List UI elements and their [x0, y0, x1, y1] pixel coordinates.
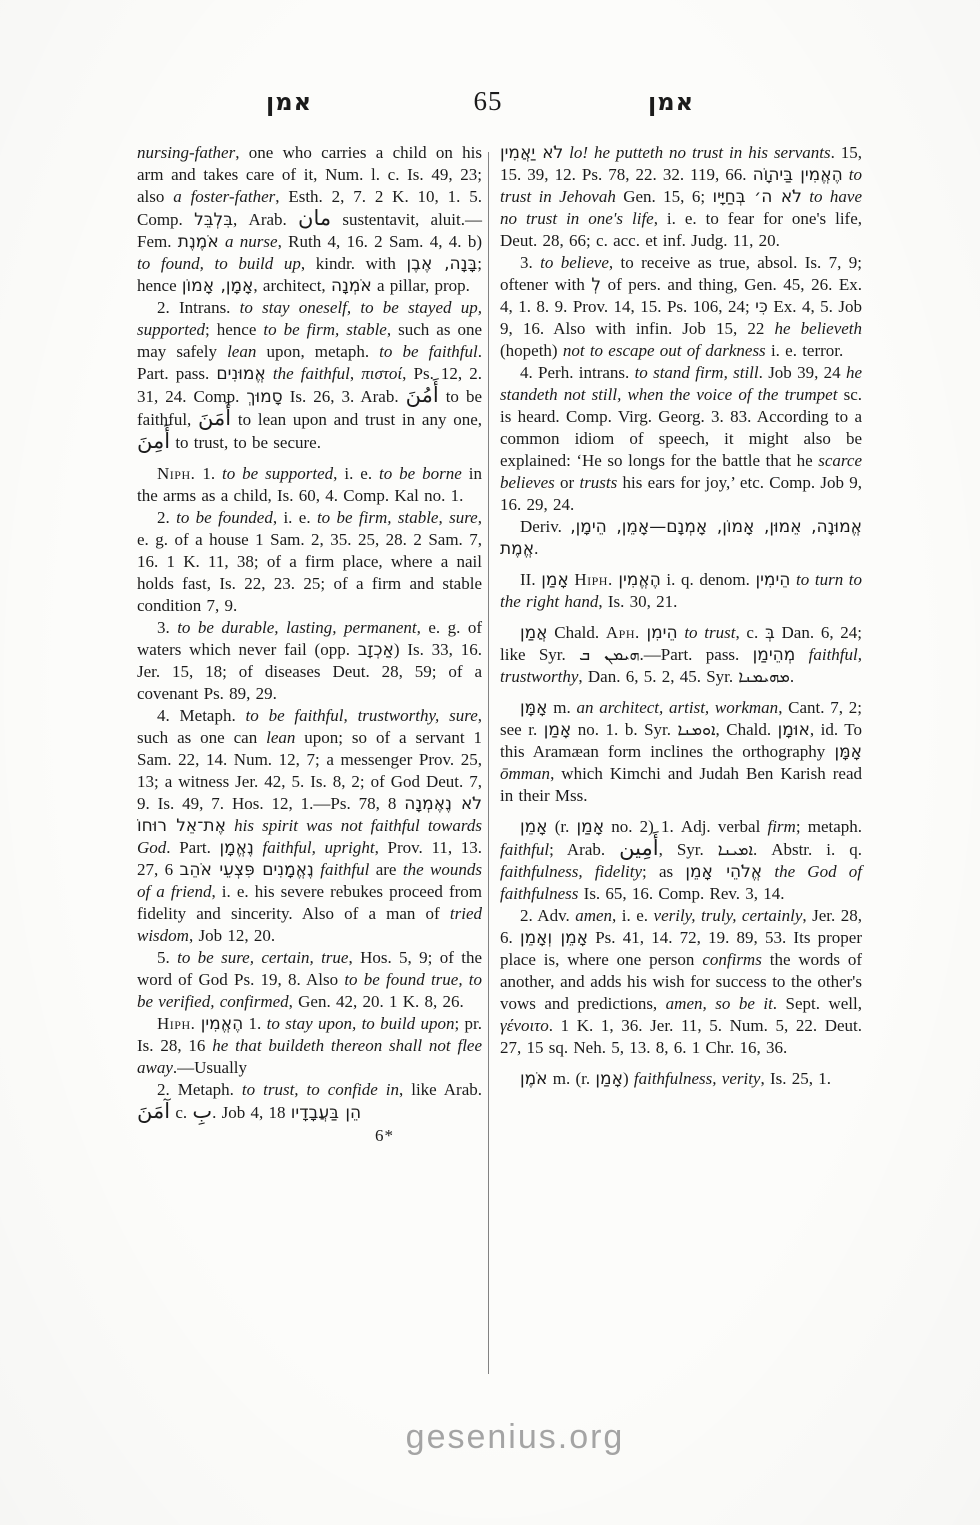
text-run: Gen. 15, 6;: [616, 187, 713, 206]
text-run: , Ruth 4, 16. 2 Sam. 4, 4. b): [278, 232, 482, 251]
arabic-text: أَمَنَ: [198, 406, 231, 430]
text-run: , Arab.: [233, 210, 298, 229]
text-run: 4. Perh. intrans.: [520, 363, 635, 382]
hebrew-text: הֶאֱמִין: [618, 570, 660, 590]
italic-gloss: to trust: [684, 623, 735, 642]
hebrew-text: אָמַן: [595, 1069, 623, 1089]
text-run: , architect,: [253, 276, 331, 295]
paragraph: Hiph. הֶאֱמִין 1. to stay upon, to build…: [137, 1013, 482, 1079]
hebrew-text: הֶאֱמִין: [201, 1014, 243, 1034]
italic-gloss: a foster-father: [173, 187, 275, 206]
paragraph: 4. Metaph. to be faithful, trustworthy, …: [137, 705, 482, 947]
text-run: ): [623, 1069, 634, 1088]
text-run: .: [534, 539, 538, 558]
text-run: , like Arab.: [399, 1080, 482, 1099]
hebrew-text: בָּנָה, אֶבֶן: [407, 254, 478, 274]
text-run: no. 2) 1. Adj. verbal: [604, 817, 767, 836]
paragraph: 4. Perh. intrans. to stand firm, still. …: [500, 362, 862, 516]
italic-gloss: amen: [575, 906, 612, 925]
paragraph: 3. to be durable, lasting, permanent, e.…: [137, 617, 482, 705]
italic-gloss: to be borne: [379, 464, 462, 483]
italic-gloss: faithful, upright: [263, 838, 375, 857]
hebrew-text: לֹא יַאֲמִין: [500, 143, 563, 163]
hebrew-text: אֱמוּנִים: [216, 364, 265, 384]
text-run: 2.: [157, 508, 176, 527]
text-run: 1.: [195, 464, 222, 483]
italic-gloss: to be firm, stable, sure: [317, 508, 478, 527]
text-run: ; metaph.: [796, 817, 862, 836]
text-run: . Job 4, 18: [212, 1103, 291, 1122]
column-divider-rule: [488, 152, 489, 1374]
paragraph: 2. Intrans. to stay oneself, to be staye…: [137, 297, 482, 454]
greek-text: πιστοί: [361, 364, 402, 383]
italic-gloss: to be firm, stable: [263, 320, 386, 339]
italic-gloss: firm: [767, 817, 795, 836]
hebrew-text: הֵן בַּעֲבָדָיו: [291, 1103, 361, 1123]
text-run: are: [369, 860, 403, 879]
italic-gloss: a nurse: [225, 232, 278, 251]
italic-gloss: to be sure, certain, true: [177, 948, 348, 967]
running-head-left-keyword: אמן: [266, 88, 312, 116]
paragraph: II. אָמַן Hiph. הֶאֱמִין i. q. denom. הֵ…: [500, 569, 862, 613]
italic-gloss: faithfulness, verity: [634, 1069, 761, 1088]
text-run: 2. Metaph.: [157, 1080, 242, 1099]
paragraph: nursing-father, one who carries a child …: [137, 142, 482, 297]
hebrew-text: אַכְזָב: [358, 640, 394, 660]
text-run: [795, 645, 808, 664]
italic-gloss: to trust, to confide in: [242, 1080, 399, 1099]
italic-gloss: to stand firm, still: [635, 363, 759, 382]
italic-gloss: nursing-father: [137, 143, 235, 162]
paragraph: אָמֵן (r. אָמַן no. 2) 1. Adj. verbal fi…: [500, 816, 862, 905]
paragraph: לֹא יַאֲמִין lo! he putteth no trust in …: [500, 142, 862, 252]
hebrew-text: הֶאֱמִין בַּיהוָֹה: [753, 165, 843, 185]
watermark-text: gesenius.org: [406, 1418, 625, 1457]
hebrew-text: אוּמָן: [778, 720, 810, 740]
hebrew-text: אֲמַן: [520, 623, 548, 643]
italic-gloss: to found, to build up: [137, 254, 301, 273]
page-number: 65: [474, 86, 503, 117]
italic-gloss: faithful: [500, 840, 549, 859]
text-run: , Is. 30, 21.: [598, 592, 677, 611]
text-run: , which Kimchi and Judah Ben Karish read…: [500, 764, 862, 805]
hebrew-text: אֹמֶן: [520, 1069, 548, 1089]
text-run: Is. 65, 16. Comp. Rev. 3, 14.: [578, 884, 784, 903]
paragraph: 2. Adv. amen, i. e. verily, truly, certa…: [500, 905, 862, 1059]
arabic-text: أَمِين: [619, 836, 658, 860]
text-run: . Part.: [166, 838, 219, 857]
text-run: Deriv.: [520, 517, 570, 536]
grammar-form-label: Hiph.: [574, 570, 612, 589]
text-run: [762, 862, 774, 881]
arabic-text: بِ: [192, 1099, 212, 1123]
italic-gloss: to stay upon, to build upon: [267, 1014, 455, 1033]
paragraph: 5. to be sure, certain, true, Hos. 5, 9;…: [137, 947, 482, 1013]
text-run: 3.: [157, 618, 177, 637]
text-run: .—Usually: [173, 1058, 247, 1077]
text-run: ; as: [642, 862, 685, 881]
syriac-text: ܐܡܝܢܐ: [718, 840, 753, 859]
text-run: (r.: [548, 817, 577, 836]
text-run: , Syr.: [659, 840, 718, 859]
text-run: , Job 12, 20.: [189, 926, 275, 945]
hebrew-text: אָמָן, אָמוֹן: [182, 276, 254, 296]
text-run: [266, 364, 273, 383]
text-run: 2. Intrans.: [157, 298, 240, 317]
text-run: , i. e.: [333, 464, 379, 483]
text-run: Is. 26, 3. Arab.: [283, 387, 406, 406]
text-run: to lean upon and trust in any one,: [231, 410, 482, 429]
hebrew-text: סָמוּךְ: [246, 387, 282, 407]
hebrew-text: אָמָּן: [834, 742, 862, 762]
text-run: II.: [520, 570, 541, 589]
grammar-form-label: Niph.: [157, 464, 195, 483]
running-head-right-keyword: אמן: [648, 88, 694, 116]
paragraph: 6*: [137, 1125, 482, 1147]
arabic-text: أَمِنَ: [137, 429, 170, 453]
text-run: (hopeth): [500, 341, 563, 360]
italic-gloss: amen, so be it: [666, 994, 773, 1013]
text-run: , Is. 25, 1.: [760, 1069, 831, 1088]
hebrew-text: אָמָּן: [520, 698, 548, 718]
paragraph: אֲמַן Chald. Aph. הֵימִן to trust, c. בְ…: [500, 622, 862, 688]
text-run: 4. Metaph.: [157, 706, 246, 725]
text-run: .: [790, 667, 794, 686]
hebrew-text: אָמַן: [544, 720, 572, 740]
hebrew-text: הֵימִן: [646, 623, 677, 643]
hebrew-text: אָמֵן וְאָמֵן: [520, 928, 588, 948]
hebrew-text: הֵימִין: [756, 570, 791, 590]
italic-gloss: faithful: [320, 860, 369, 879]
text-run: to trust, to be secure.: [170, 433, 321, 452]
text-run: , i. e.: [273, 508, 317, 527]
hebrew-text: אָמֵן: [520, 817, 548, 837]
paragraph: אֹמֶן m. (r. אָמַן) faithfulness, verity…: [500, 1068, 862, 1090]
left-column: nursing-father, one who carries a child …: [137, 142, 482, 1147]
text-run: 5.: [157, 948, 177, 967]
italic-gloss: faithfulness, fidelity: [500, 862, 642, 881]
hebrew-text: נֶאֱמָנִים פִּצְעֵי אֹהֵב: [180, 860, 314, 880]
grammar-form-label: Aph.: [606, 623, 640, 642]
hebrew-text: בִּלְבֵּל: [194, 210, 233, 230]
syriac-text: ܡܗܝܡܢܐ: [738, 667, 789, 686]
italic-gloss: to be faithful, trustworthy, sure: [246, 706, 478, 725]
paragraph: Deriv. אֱמוּנָה, אֵמוּן, אָמוֹן, אָמְנָם…: [500, 516, 862, 560]
paragraph: 2. Metaph. to trust, to confide in, like…: [137, 1079, 482, 1124]
text-run: , i. e.: [612, 906, 653, 925]
italic-gloss: confirms: [702, 950, 762, 969]
italic-gloss: ōmman: [500, 764, 550, 783]
grammar-form-label: Hiph.: [157, 1014, 195, 1033]
text-run: ,: [350, 364, 361, 383]
italic-gloss: to be faithful: [379, 342, 478, 361]
text-run: m.: [548, 698, 577, 717]
arabic-text: أَمُنَ: [406, 383, 439, 407]
text-run: , c.: [735, 623, 765, 642]
italic-gloss: verily, truly, certainly: [654, 906, 803, 925]
text-run: i. e. terror.: [766, 341, 844, 360]
hebrew-text: כִּי: [755, 297, 768, 317]
text-run: no. 1. b. Syr.: [571, 720, 677, 739]
hebrew-text: אֹמֶנֶת: [178, 232, 219, 252]
hebrew-text: אֱלֹהֵי אָמֵן: [685, 862, 762, 882]
scanned-lexicon-page: אמן 65 אמן nursing-father, one who carri…: [0, 0, 980, 1525]
italic-gloss: to be durable, lasting, permanent: [177, 618, 416, 637]
text-run: a pillar, prop.: [372, 276, 470, 295]
text-run: 6*: [375, 1126, 394, 1145]
running-head: אמן 65 אמן: [0, 88, 980, 130]
italic-gloss: he believeth: [775, 319, 863, 338]
text-run: . 1 K. 1, 36. Jer. 11, 5. Num. 5, 22. De…: [500, 1016, 862, 1057]
text-run: upon, metaph.: [256, 342, 379, 361]
text-run: ; hence: [205, 320, 263, 339]
text-run: . Sept. well,: [773, 994, 862, 1013]
hebrew-text: לֹא ה׳ בְּחַיָּיו: [712, 187, 801, 207]
text-run: Chald.: [548, 623, 606, 642]
italic-gloss: trusts: [579, 473, 617, 492]
hebrew-text: נֶאֱמָן: [220, 838, 254, 858]
paragraph: אָמָּן m. an architect, artist, workman,…: [500, 697, 862, 807]
arabic-text: آمَنَ: [137, 1099, 170, 1123]
paragraph: Niph. 1. to be supported, i. e. to be bo…: [137, 463, 482, 507]
italic-gloss: to believe: [540, 253, 609, 272]
text-run: , kindr. with: [301, 254, 407, 273]
text-run: .—Part. pass.: [640, 645, 753, 664]
hebrew-text: אֹמְנָה: [331, 276, 372, 296]
text-run: [226, 816, 234, 835]
hebrew-text: אָמַן: [577, 817, 605, 837]
hebrew-text: לְ: [591, 275, 601, 295]
text-run: . Job 39, 24: [759, 363, 846, 382]
text-run: c.: [170, 1103, 192, 1122]
text-run: m. (r.: [548, 1069, 596, 1088]
italic-gloss: lean: [266, 728, 295, 747]
italic-gloss: to be founded: [176, 508, 273, 527]
right-column: לֹא יַאֲמִין lo! he putteth no trust in …: [500, 142, 862, 1090]
arabic-text: مان: [298, 206, 331, 230]
italic-gloss: not to escape out of darkness: [563, 341, 766, 360]
text-run: . Abstr. i. q.: [753, 840, 862, 859]
text-run: , Chald.: [716, 720, 778, 739]
italic-gloss: lean: [227, 342, 256, 361]
italic-gloss: an architect, artist, workman: [577, 698, 779, 717]
text-run: 1.: [243, 1014, 266, 1033]
text-run: , Gen. 42, 20. 1 K. 8, 26.: [289, 992, 464, 1011]
text-run: 2. Adv.: [520, 906, 575, 925]
italic-gloss: to be supported: [222, 464, 333, 483]
text-run: 3.: [520, 253, 540, 272]
text-run: , Dan. 6, 5. 2, 45. Syr.: [578, 667, 738, 686]
greek-text: γένοιτο: [500, 1016, 549, 1035]
hebrew-text: אָמַן: [541, 570, 569, 590]
syriac-text: ܐܘܡܢܐ: [678, 720, 716, 739]
italic-gloss: lo! he putteth no trust in his servants: [569, 143, 830, 162]
paragraph: 3. to believe, to receive as true, absol…: [500, 252, 862, 362]
hebrew-text: מְהֵימַן: [753, 645, 796, 665]
text-run: ; Arab.: [549, 840, 619, 859]
hebrew-text: בְּ: [765, 623, 775, 643]
text-run: [254, 838, 263, 857]
syriac-text: ܗܝܡܢ ܒ: [579, 645, 639, 664]
italic-gloss: the faithful: [273, 364, 350, 383]
paragraph: 2. to be founded, i. e. to be firm, stab…: [137, 507, 482, 617]
text-run: or: [555, 473, 580, 492]
text-run: i. q. denom.: [661, 570, 756, 589]
